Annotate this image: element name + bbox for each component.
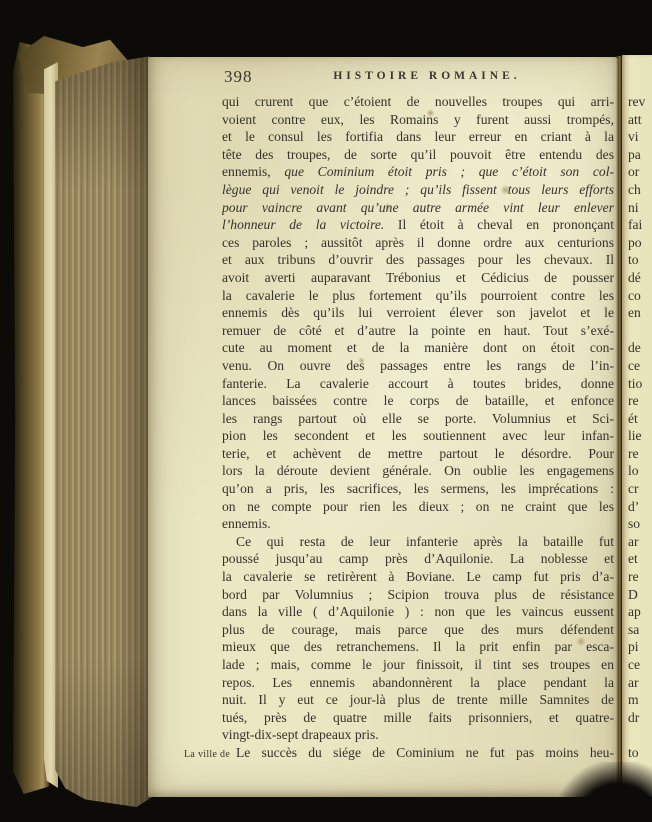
text-line: repos. Les ennemis abandonnèrent la plac… [222, 674, 614, 692]
running-title: HISTOIRE ROMAINE. [222, 70, 614, 82]
facing-text-line: D [628, 586, 652, 604]
facing-text-line: ni [628, 199, 652, 217]
facing-text-line: ar [628, 674, 652, 692]
facing-text-line: lie [628, 427, 652, 445]
facing-text-line: re [628, 568, 652, 586]
facing-text-line: dr [628, 709, 652, 727]
facing-text-line: fai [628, 216, 652, 234]
facing-text-line: lo [628, 462, 652, 480]
text-line: la cavalerie le plus fortement qu’ils po… [222, 287, 614, 305]
facing-text-line: ap [628, 603, 652, 621]
text-line: lors la déroute devient générale. On oub… [222, 462, 614, 480]
text-line: terie, et achèvent de mettre partout le … [222, 445, 614, 463]
facing-text-line: att [628, 111, 652, 129]
facing-text-line: ce [628, 656, 652, 674]
book-page: 398 HISTOIRE ROMAINE. qui crurent que c’… [148, 57, 618, 797]
text-line: lègue qui venoit le joindre ; qu’ils fis… [222, 181, 614, 199]
text-line: lade ; mais, comme le jour finissoit, il… [222, 656, 614, 674]
facing-text-line: po [628, 234, 652, 252]
facing-text-line: m [628, 691, 652, 709]
facing-page-sliver: revattvipaorchnifaipotodécoendecetioreét… [622, 55, 652, 797]
text-line: ennemis dès qu’ils lui verroient élever … [222, 304, 614, 322]
facing-text-line: pa [628, 146, 652, 164]
facing-text-line: cr [628, 480, 652, 498]
facing-text-line: rev [628, 93, 652, 111]
text-line: vingt-dix-sept drapeaux pris. [222, 726, 614, 744]
facing-text-line: ét [628, 410, 652, 428]
facing-text-line: to [628, 251, 652, 269]
text-line: ennemis, que Cominium étoit pris ; que c… [222, 163, 614, 181]
text-line: et aux tribuns d’ouvrir des passages pou… [222, 251, 614, 269]
facing-text-line: co [628, 287, 652, 305]
text-line: Le succès du siége de Cominium ne fut pa… [222, 744, 614, 762]
text-line: et le consul les fortifia dans leur erre… [222, 128, 614, 146]
facing-text-line: dé [628, 269, 652, 287]
facing-text-line: en [628, 304, 652, 322]
book-scan: 398 HISTOIRE ROMAINE. qui crurent que c’… [0, 0, 652, 822]
facing-page-text: revattvipaorchnifaipotodécoendecetioreét… [622, 55, 652, 793]
text-line: tête des troupes, de sorte qu’il pouvoit… [222, 146, 614, 164]
facing-text-line: ar [628, 533, 652, 551]
facing-text-line: ch [628, 181, 652, 199]
page-header: 398 HISTOIRE ROMAINE. [222, 67, 614, 87]
text-line: ennemis. [222, 515, 614, 533]
facing-text-line: re [628, 445, 652, 463]
text-line: qu’on a pris, les sacrifices, les sermen… [222, 480, 614, 498]
facing-text-line: tio [628, 375, 652, 393]
text-line: venu. On ouvre des passages entre les ra… [222, 357, 614, 375]
page-stack-fore-edge [55, 55, 157, 807]
gutter-bottom-shadow [556, 762, 652, 822]
text-line: ces paroles ; aussitôt après il donne or… [222, 234, 614, 252]
facing-text-line: re [628, 392, 652, 410]
facing-text-line: to [628, 744, 652, 762]
facing-text-line: de [628, 339, 652, 357]
text-line: remuer de côté et d’autre la pointe en h… [222, 322, 614, 340]
facing-text-line: d’ [628, 498, 652, 516]
facing-text-line: pi [628, 638, 652, 656]
text-line: Ce qui resta de leur infanterie après la… [222, 533, 614, 551]
text-line: l’honneur de la victoire. Il étoit à che… [222, 216, 614, 234]
facing-text-line: et [628, 550, 652, 568]
text-line: pion les secondent et les soutiennent av… [222, 427, 614, 445]
text-line: avoit averti auparavant Trébonius et Céd… [222, 269, 614, 287]
text-line: fanterie. La cavalerie accourt à toutes … [222, 375, 614, 393]
text-line: cute au moment et de la manière dont on … [222, 339, 614, 357]
margin-note: La ville de [184, 749, 230, 760]
body-text: qui crurent que c’étoient de nouvelles t… [222, 93, 614, 762]
text-line: la cavalerie se retirèrent à Boviane. Le… [222, 568, 614, 586]
text-line: voient contre eux, les Romains y furent … [222, 111, 614, 129]
book-cover-edge [13, 42, 49, 794]
facing-text-line: so [628, 515, 652, 533]
text-line: les rangs partout où elle se porte. Volu… [222, 410, 614, 428]
text-line: poussé jusqu’au camp près d’Aquilonie. L… [222, 550, 614, 568]
text-line: tués, près de quatre mille faits prisonn… [222, 709, 614, 727]
facing-text-line: sa [628, 621, 652, 639]
text-line: mieux que des retranchemens. Il la prit … [222, 638, 614, 656]
facing-text-line: or [628, 163, 652, 181]
text-line: dans la ville ( d’Aquilonie ) : non que … [222, 603, 614, 621]
text-line: qui crurent que c’étoient de nouvelles t… [222, 93, 614, 111]
text-line: pour vaincre avant qu’une autre armée vi… [222, 199, 614, 217]
facing-text-line [628, 322, 652, 340]
facing-text-line: ce [628, 357, 652, 375]
text-line: plus de courage, mais parce que des murs… [222, 621, 614, 639]
text-line: on ne compte pour rien les dieux ; on ne… [222, 498, 614, 516]
facing-text-line: vi [628, 128, 652, 146]
text-line: lances baissées contre le corps de batai… [222, 392, 614, 410]
facing-text-line [628, 726, 652, 744]
text-line: bord par Volumnius ; Scipion trouva plus… [222, 586, 614, 604]
text-line: nuit. Il y eut ce jour-là plus de trente… [222, 691, 614, 709]
